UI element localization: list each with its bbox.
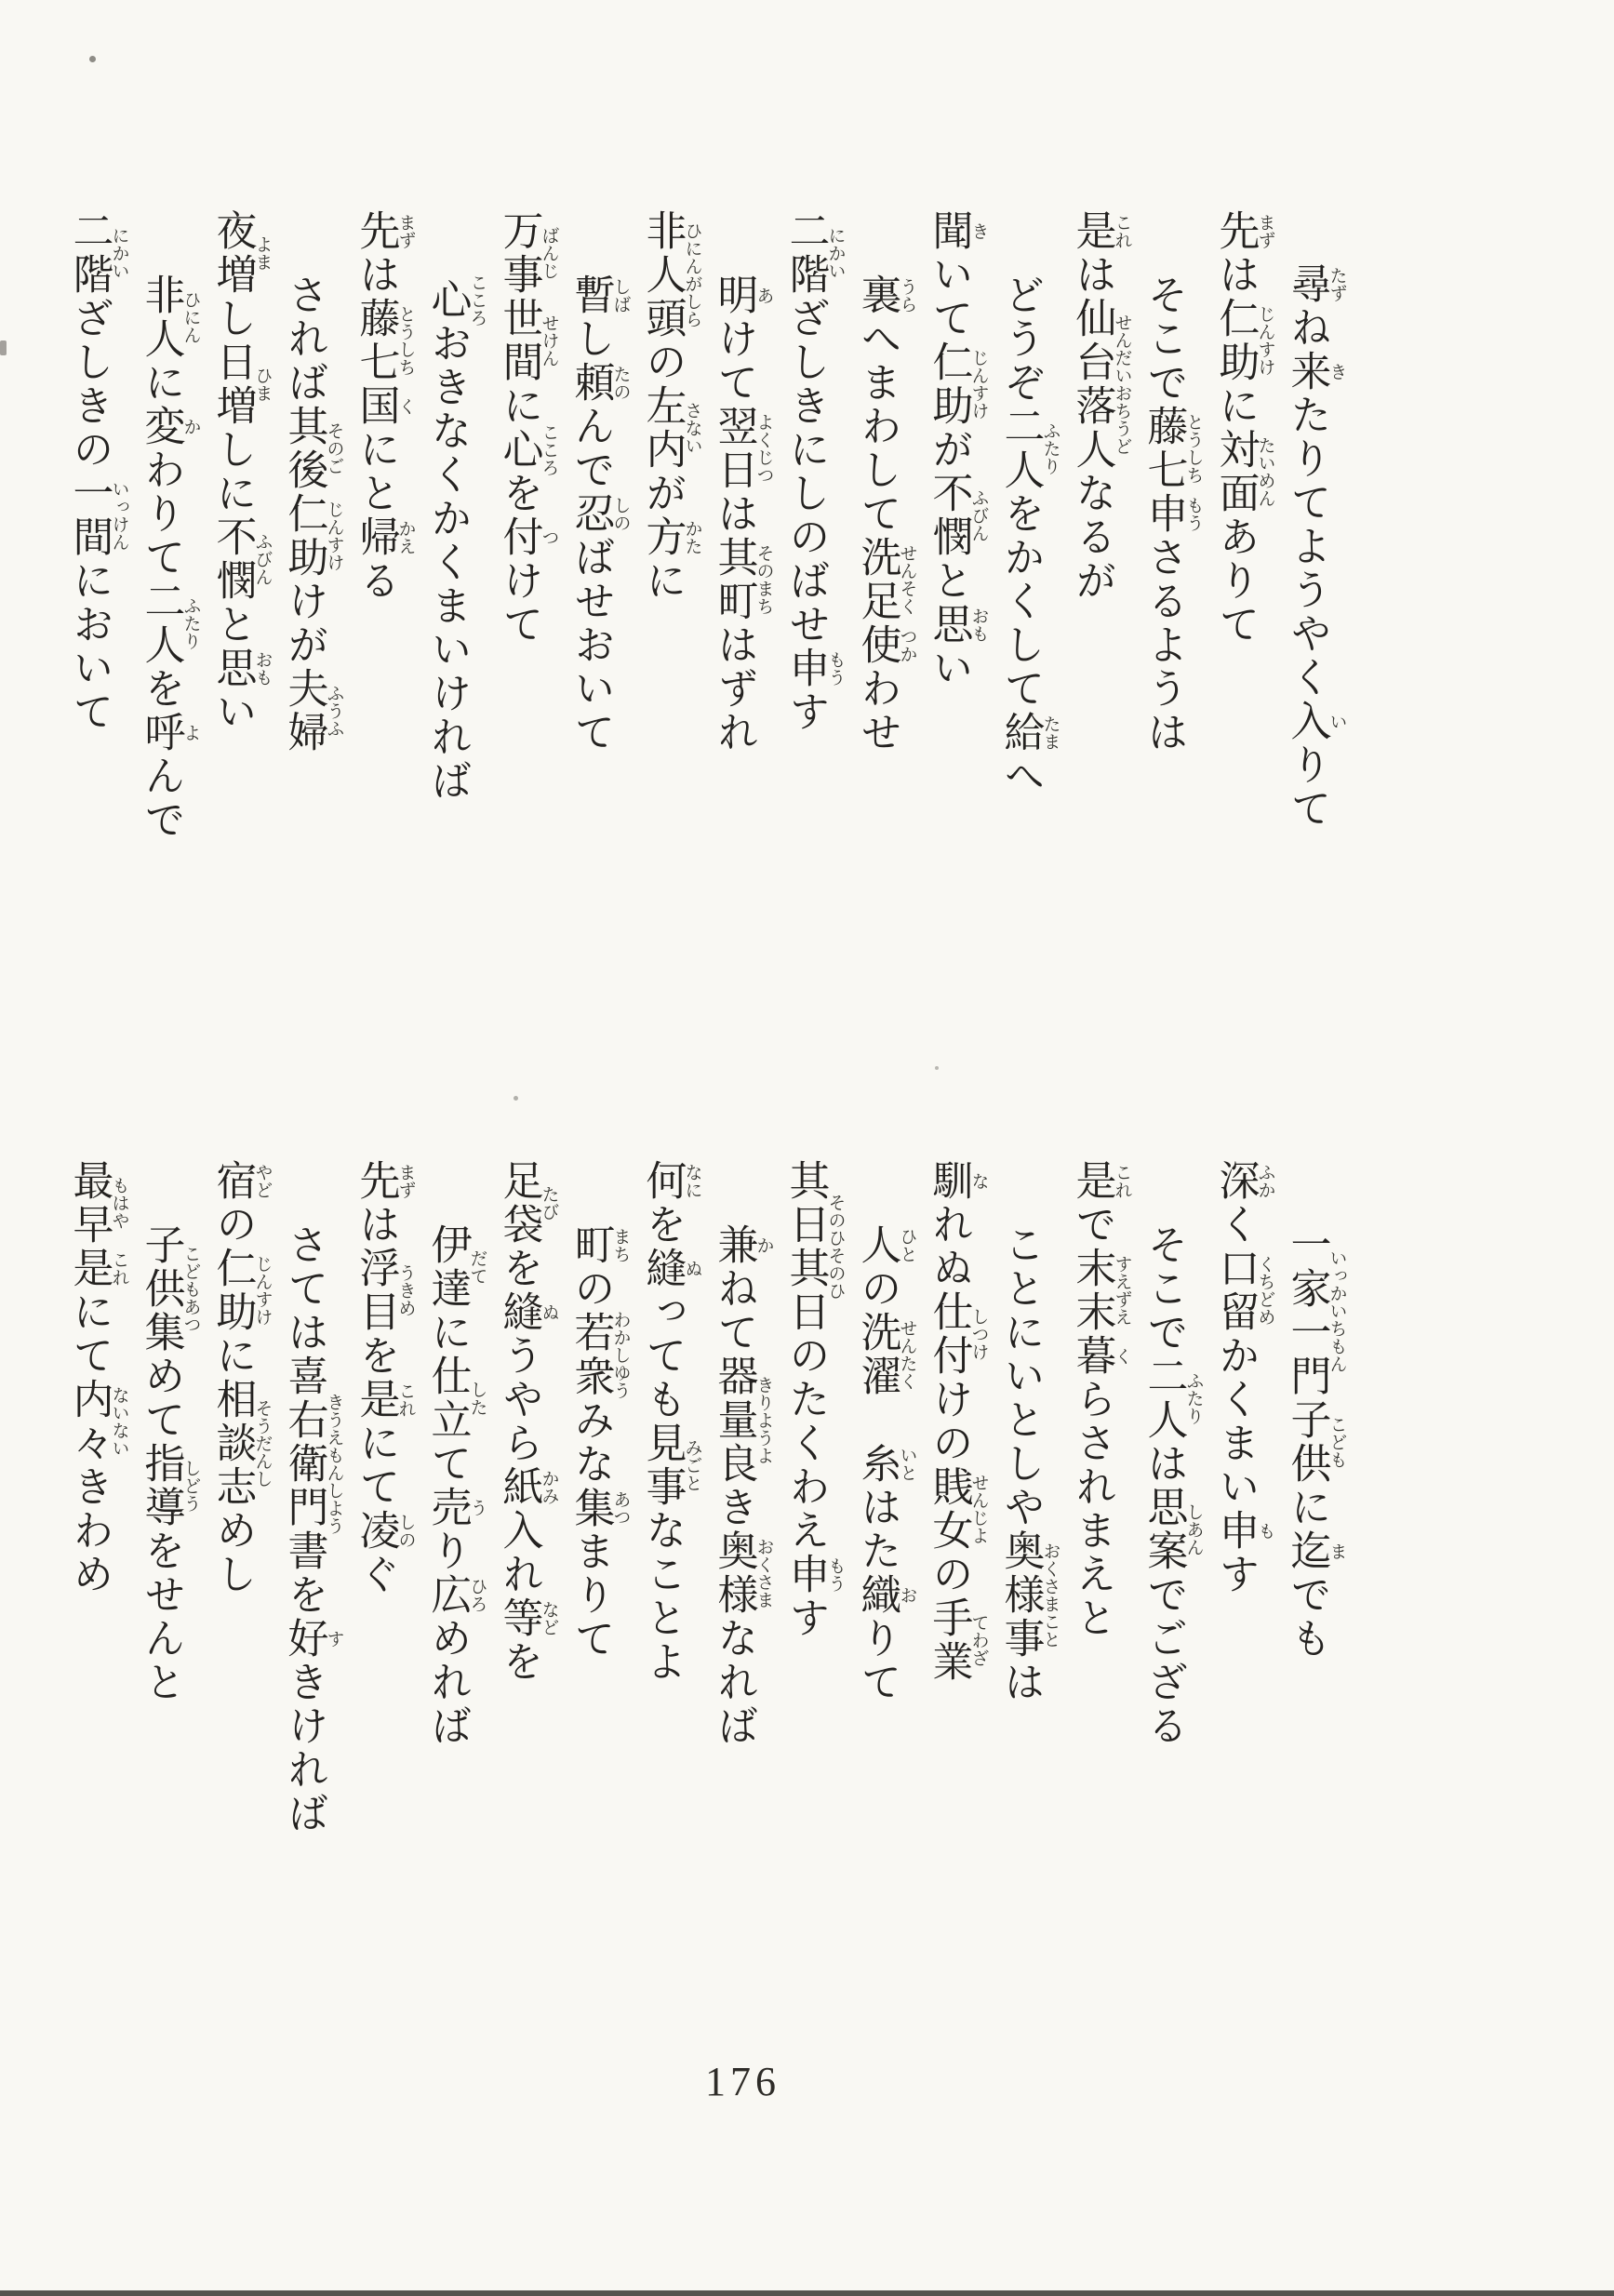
scan-speck [514,1096,518,1101]
verse-line: 宿やどの仁助じんすけに相談志そうだんしめし [200,1159,272,1849]
book-page: { "page": { "page_number": "176", "backg… [0,0,1614,2296]
verse-line: 伊達だてに仕立したて売うり広ひろめれば [415,1159,487,1849]
verse-line: 子供集こどもあつめて指導しどうをせんと [128,1159,200,1849]
verse-line: 町まちの若衆わかしゆうみな集あつまりて [558,1159,630,1849]
page-number: 176 [705,2058,780,2105]
verse-line: 是これで末末すえずえ暮くらされまえと [1060,1159,1131,1849]
verse-line: 其日其日そのひそのひのたくわえ申もうす [773,1159,845,1849]
verse-line: そこで藤七とうしち申もうさるようは [1131,209,1203,861]
verse-line: 最早もはや是これにて内々ないないきわめ [57,1159,128,1849]
verse-line: 是これは仙台落人せんだいおちうどなるが [1060,209,1131,861]
verse-line: 先まずは藤七とうしち国くにと帰かえる [343,209,415,861]
verse-line: そこで二人ふたりは思案しあんでござる [1131,1159,1203,1849]
verse-line: 先まずは仁助じんすけに対面たいめんありて [1203,209,1274,861]
upper-verse-block: 尋たずね来きたりてようやく入いりて先まずは仁助じんすけに対面たいめんありてそこで… [57,209,1346,861]
verse-line: 深ふかく口留くちどめかくまい申もす [1203,1159,1274,1849]
verse-line: 尋たずね来きたりてようやく入いりて [1274,209,1346,861]
verse-line: 何なにを縫ぬっても見事みごとなことよ [630,1159,701,1849]
verse-line: 万事ばんじ世間せけんに心こころを付つけて [487,209,558,861]
verse-line: 非人頭ひにんがしらの左内さないが方かたに [630,209,701,861]
verse-line: 先まずは浮目うきめを是これにて凌しのぐ [343,1159,415,1849]
verse-line: さては喜右衛門書きうえもんしようを好すきければ [272,1159,343,1849]
verse-line: 二階にかいざしきの一間いっけんにおいて [57,209,128,861]
verse-line: 人ひとの洗濯せんたく 糸いとはた織おりて [845,1159,916,1849]
verse-line: 聞きいて仁助じんすけが不憫ふびんと思おもい [916,209,988,861]
verse-line: 非人ひにんに変かわりて二人ふたりを呼よんで [128,209,200,861]
scan-speck [89,56,96,62]
verse-line: 夜増よまし日増ひましに不憫ふびんと思おもい [200,209,272,861]
verse-line: 馴なれぬ仕付しつけけの賎女せんじよの手業てわざ [916,1159,988,1849]
verse-line: 足袋たびを縫ぬうやら紙かみ入れ等などを [487,1159,558,1849]
scan-speck [0,340,7,355]
verse-line: 心こころおきなくかくまいければ [415,209,487,861]
verse-line: 二階にかいざしきにしのばせ申もうす [773,209,845,861]
verse-line: 明あけて翌日よくじつは其町そのまちはずれ [701,209,773,861]
verse-line: ことにいとしや奥様事おくさまことは [988,1159,1060,1849]
verse-line: どうぞ二人ふたりをかくして給たまへ [988,209,1060,861]
verse-line: 暫しばし頼たのんで忍しのばせおいて [558,209,630,861]
scan-edge [0,2290,1614,2296]
verse-line: されば其後そのご仁助じんすけけが夫婦ふうふ [272,209,343,861]
verse-line: 一家一門いっかいちもん子供こどもに迄までも [1274,1159,1346,1849]
scan-speck [935,1066,939,1070]
lower-verse-block: 一家一門いっかいちもん子供こどもに迄までも深ふかく口留くちどめかくまい申もすそこ… [57,1159,1346,1849]
verse-line: 裏うらへまわして洗足せんそく使つかわせ [845,209,916,861]
verse-line: 兼かねて器量良きりようよき奥様おくさまなれば [701,1159,773,1849]
